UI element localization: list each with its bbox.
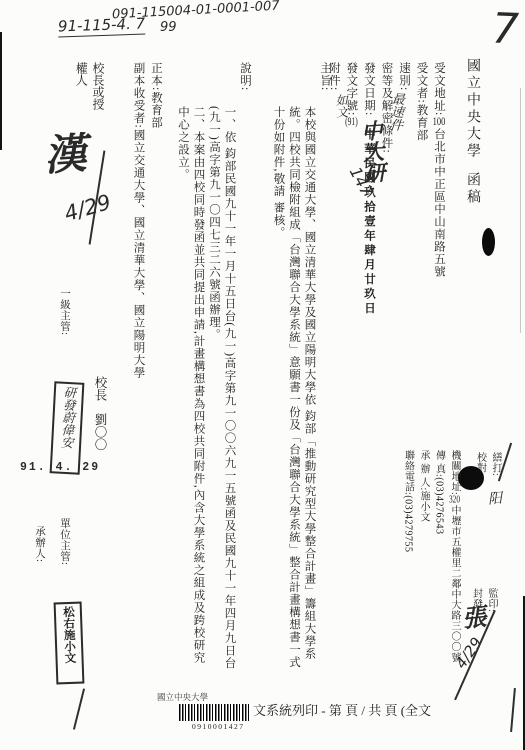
recipient-label: 受文者:	[415, 62, 427, 104]
file-code-small: 99	[160, 20, 177, 35]
subject-label: 主旨:	[316, 62, 332, 677]
footer-stroke	[510, 688, 516, 732]
description-block: 說明: 一、依 鈞部民國九十一年一月十五日台(九一)高字第九一〇〇六九一五號函及…	[174, 62, 252, 677]
fax-value: (03)4276543	[434, 477, 445, 534]
handler-stroke	[73, 688, 85, 729]
president-signature: 漢	[42, 121, 88, 184]
copy-value: 國立交通大學、國立清華大學、國立陽明大學	[132, 129, 144, 379]
office-stamp-text: 研發蔚偉安	[56, 386, 78, 471]
date-stamp: 91. 4. 29	[20, 461, 100, 474]
barcode-number: 0910001427	[192, 722, 245, 731]
scan-edge-left	[0, 32, 2, 150]
contact-handler-field: 承 辦 人:施小文	[416, 450, 432, 665]
recipient-value: 教育部	[415, 104, 427, 142]
doc-type-label: 函稿	[465, 172, 480, 206]
document-title: 國立中央大學函稿	[462, 58, 482, 258]
agency-address-number: 320	[449, 495, 460, 505]
president-signature-date: 4/29	[62, 190, 114, 226]
fax-field: 傳 真:(03)4276543	[431, 450, 447, 665]
handler-stamp: 松右施小文	[54, 602, 85, 685]
copy-field: 副本收受者:國立交通大學、國立清華大學、國立陽明大學	[130, 62, 146, 677]
footer-print-text: 文系統列印 - 第 頁 / 共 頁 (全文	[253, 700, 431, 719]
agency-address-label: 機關地址:	[449, 450, 460, 495]
ink-blot	[482, 228, 495, 256]
president-label: 校長	[93, 376, 107, 401]
recipient-address-label: 受文地址:	[433, 62, 445, 116]
subject-text: 本校與國立交通大學、國立清華大學及國立陽明大學依 鈞部「推動研究型大學整合計畫」…	[270, 106, 317, 672]
description-item: 一、依 鈞部民國九十一年一月十五日台(九一)高字第九一〇〇六九一五號函及民國九十…	[205, 106, 236, 672]
fax-label: 傳 真:	[434, 450, 445, 477]
doc-number-field: 發文字號:(91)	[343, 62, 359, 677]
president-name: 劉〇〇	[93, 413, 107, 451]
recipient-address-number: 100	[433, 116, 445, 128]
authorizer-label: 校長或授權人	[72, 62, 106, 110]
fold-line	[520, 88, 521, 333]
description-item: 二、本案由四校同時發函並共同提出申請,計畫構想書為四校共同附件,內含大學系統之組…	[174, 106, 205, 672]
handler-stamp-text: 松右施小文	[60, 606, 79, 681]
original-field: 正本:教育部	[147, 62, 163, 677]
page-number-handwritten: 7	[491, 4, 519, 54]
first-level-label: 一級主管:	[56, 288, 72, 378]
speed-label: 速別:	[398, 62, 410, 91]
phone-value: (03)4279755	[403, 495, 414, 552]
phone-label: 聯絡電話:	[403, 450, 414, 495]
footer-org-name: 國立中央大學	[157, 691, 208, 703]
contact-handler-value: 施小文	[418, 491, 429, 523]
scanned-letter-page: 91-115-4. 7 091-115004-01-0001-007 99 7 …	[0, 0, 525, 750]
phone-field: 聯絡電話:(03)4279755	[400, 450, 416, 665]
file-code-long: 091-115004-01-0001-007	[112, 0, 280, 22]
original-label: 正本:	[150, 62, 162, 91]
recipient-address-rest: 台北市中正區中山南路五號	[433, 128, 445, 278]
attachment-value-handwritten: 如文	[333, 94, 352, 141]
dispatch-signature: 張	[460, 597, 488, 634]
org-title: 國立中央大學	[465, 58, 480, 160]
handler-signoff-label: 承辦人:	[31, 526, 47, 616]
agency-address-rest: 中壢市五權里二鄰中大路三〇〇號	[449, 505, 460, 663]
barcode	[179, 704, 251, 721]
proofread-mark: 阳	[487, 487, 503, 508]
copies-block: 正本:教育部 副本收受者:國立交通大學、國立清華大學、國立陽明大學	[128, 62, 163, 677]
unit-head-label: 單位主管:	[56, 518, 72, 608]
agency-address-field: 機關地址:320中壢市五權里二鄰中大路三〇〇號	[447, 450, 463, 665]
date-label: 發文日期:	[363, 62, 375, 116]
service-info-block: 機關地址:320中壢市五權里二鄰中大路三〇〇號 傳 真:(03)4276543 …	[400, 450, 462, 665]
president-line: 校長劉〇〇	[91, 376, 109, 526]
subject-block: 主旨: 本校與國立交通大學、國立清華大學及國立陽明大學依 鈞部「推動研究型大學整…	[270, 62, 332, 677]
copy-label: 副本收受者:	[132, 62, 144, 129]
description-label: 說明:	[236, 62, 252, 677]
original-value: 教育部	[150, 91, 162, 129]
contact-handler-label: 承 辦 人:	[418, 450, 429, 491]
